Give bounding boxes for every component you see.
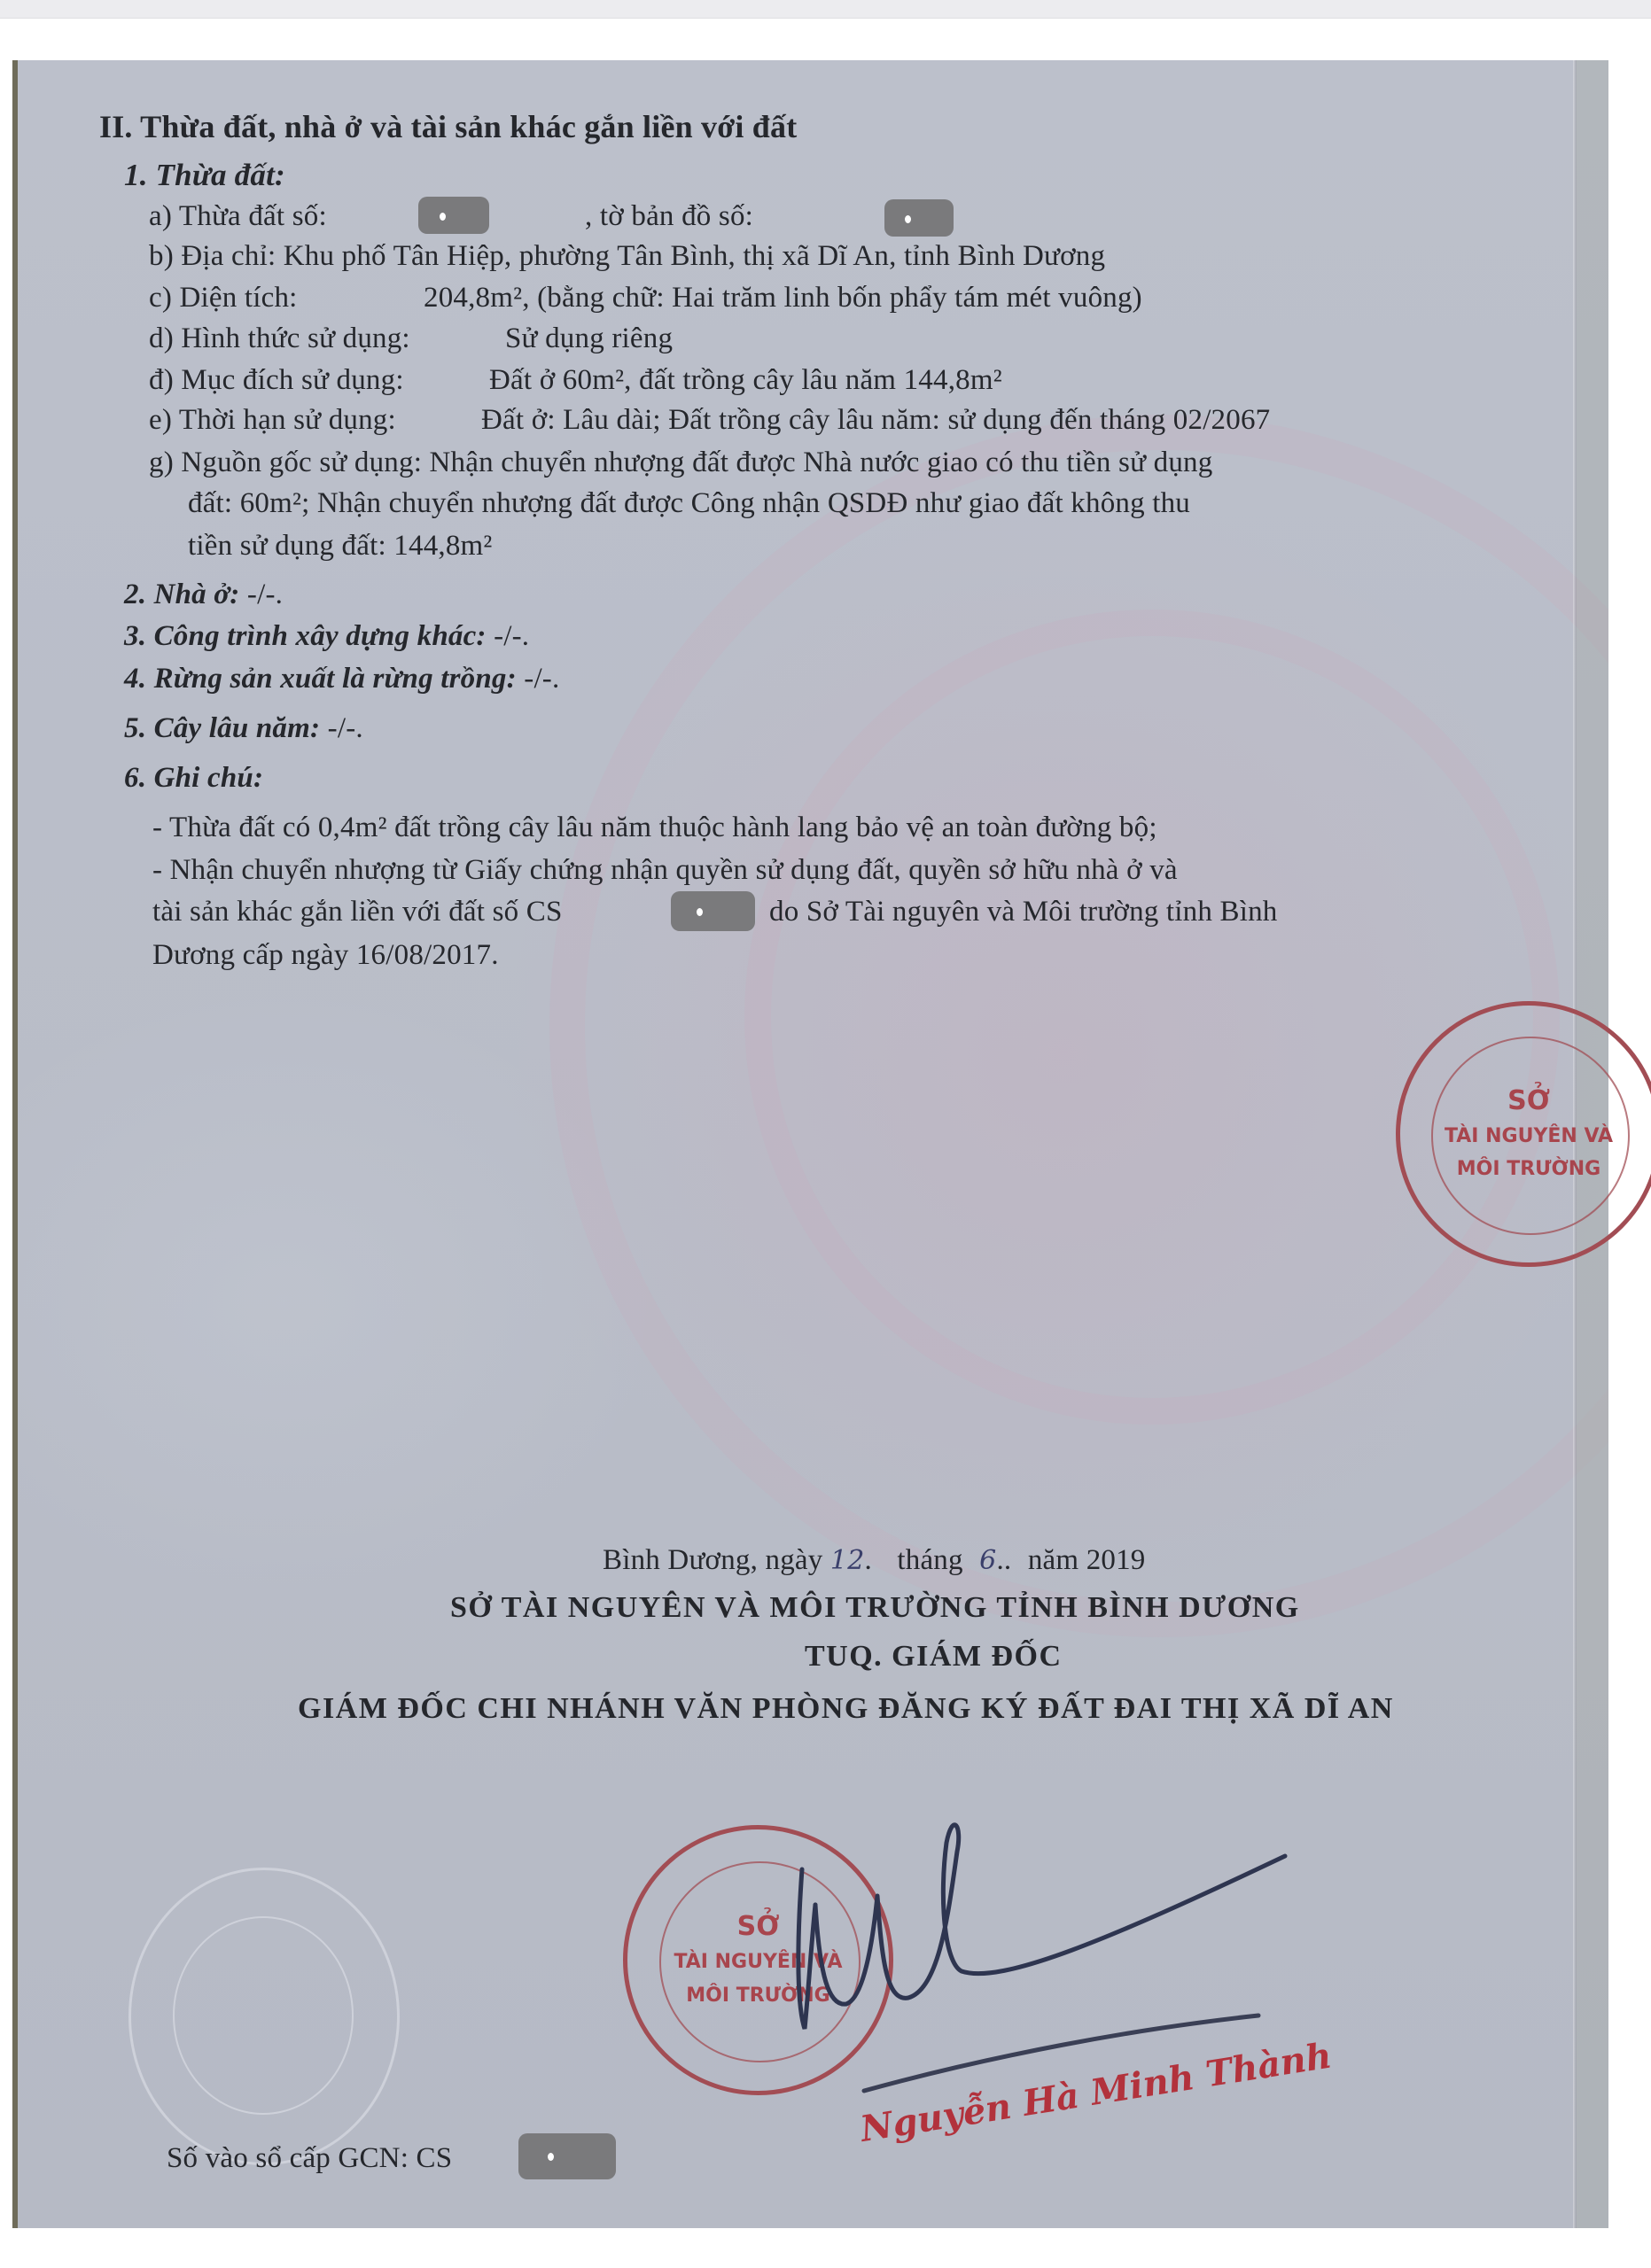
note-line-2: - Nhận chuyển nhượng từ Giấy chứng nhận … xyxy=(152,856,1178,885)
note-line-4: Dương cấp ngày 16/08/2017. xyxy=(152,941,499,970)
handwritten-month: 6 xyxy=(979,1545,996,1576)
stamp-line-2: TÀI NGUYÊN VÀ xyxy=(627,1951,889,1973)
forest-value: -/-. xyxy=(524,663,559,695)
area-label: c) Diện tích: xyxy=(149,283,298,313)
top-status-bar xyxy=(0,0,1651,19)
perennial-item: 5. Cây lâu năm: -/-. xyxy=(124,714,363,743)
usage-origin-line2: đất: 60m²; Nhận chuyển nhượng đất được C… xyxy=(188,489,1190,518)
address-line: b) Địa chỉ: Khu phố Tân Hiệp, phường Tân… xyxy=(149,242,1105,271)
signing-date: Bình Dương, ngày 12. tháng 6.. năm 2019 xyxy=(603,1546,1146,1575)
other-construction-item: 3. Công trình xây dựng khác: -/-. xyxy=(124,622,529,651)
house-value: -/-. xyxy=(247,579,283,610)
handwritten-day: 12 xyxy=(830,1545,865,1576)
land-plot-heading: 1. Thừa đất: xyxy=(124,159,285,190)
house-item: 2. Nhà ở: -/-. xyxy=(124,580,283,610)
plot-number-label: a) Thừa đất số: xyxy=(149,202,327,231)
gcn-registry-label: Số vào sổ cấp GCN: CS xyxy=(167,2144,452,2173)
forest-label: 4. Rừng sản xuất là rừng trồng: xyxy=(124,663,517,695)
usage-origin-line3: tiền sử dụng đất: 144,8m² xyxy=(188,532,493,561)
stamp-line-1: SỞ xyxy=(627,1911,889,1942)
forest-item: 4. Rừng sản xuất là rừng trồng: -/-. xyxy=(124,664,559,694)
date-prefix: Bình Dương, ngày xyxy=(603,1544,822,1576)
note-line-3-suffix: do Sở Tài nguyên và Môi trường tỉnh Bình xyxy=(769,897,1278,927)
watermark-drum-inner xyxy=(744,610,1560,1425)
usage-term-value: Đất ở: Lâu dài; Đất trồng cây lâu năm: s… xyxy=(481,406,1270,435)
perennial-label: 5. Cây lâu năm: xyxy=(124,712,320,744)
usage-purpose-value: Đất ở 60m², đất trồng cây lâu năm 144,8m… xyxy=(489,366,1002,395)
signer-title: GIÁM ĐỐC CHI NHÁNH VĂN PHÒNG ĐĂNG KÝ ĐẤT… xyxy=(298,1694,1394,1724)
plot-number-redacted xyxy=(418,197,489,234)
on-behalf-of: TUQ. GIÁM ĐỐC xyxy=(805,1642,1063,1672)
area-value: 204,8m², (bằng chữ: Hai trăm linh bốn ph… xyxy=(424,283,1142,313)
issuing-authority: SỞ TÀI NGUYÊN VÀ MÔI TRƯỜNG TỈNH BÌNH DƯ… xyxy=(450,1593,1300,1623)
gcn-number-redacted xyxy=(518,2133,616,2179)
other-construction-label: 3. Công trình xây dựng khác: xyxy=(124,620,487,652)
official-stamp-bottom: SỞ TÀI NGUYÊN VÀ MÔI TRƯỜNG xyxy=(623,1825,893,2095)
official-stamp-right: SỞ TÀI NGUYÊN VÀ MÔI TRƯỜNG xyxy=(1396,1001,1651,1267)
perennial-value: -/-. xyxy=(328,712,363,744)
embossed-seal-inner xyxy=(173,1916,354,2115)
month-label: tháng xyxy=(897,1544,962,1576)
section-title: II. Thừa đất, nhà ở và tài sản khác gắn … xyxy=(99,111,797,143)
usage-purpose-label: đ) Mục đích sử dụng: xyxy=(149,366,404,395)
other-construction-value: -/-. xyxy=(494,620,529,652)
map-sheet-redacted xyxy=(884,199,954,237)
stamp-line-3: MÔI TRƯỜNG xyxy=(627,1984,889,2007)
map-sheet-label: , tờ bản đồ số: xyxy=(585,202,753,231)
usage-term-label: e) Thời hạn sử dụng: xyxy=(149,406,396,435)
usage-form-label: d) Hình thức sử dụng: xyxy=(149,324,410,353)
house-label: 2. Nhà ở: xyxy=(124,579,239,610)
stamp-line-1: SỞ xyxy=(1400,1085,1651,1116)
note-line-1: - Thừa đất có 0,4m² đất trồng cây lâu nă… xyxy=(152,813,1157,843)
stamp-line-2: TÀI NGUYÊN VÀ xyxy=(1400,1125,1651,1147)
usage-origin-line1: g) Nguồn gốc sử dụng: Nhận chuyển nhượng… xyxy=(149,448,1212,478)
stamp-line-3: MÔI TRƯỜNG xyxy=(1400,1158,1651,1180)
notes-heading: 6. Ghi chú: xyxy=(124,764,263,793)
note-line-3-prefix: tài sản khác gắn liền với đất số CS xyxy=(152,897,563,927)
certificate-number-redacted xyxy=(671,891,755,931)
usage-form-value: Sử dụng riêng xyxy=(505,324,673,353)
year-text: năm 2019 xyxy=(1028,1544,1146,1576)
